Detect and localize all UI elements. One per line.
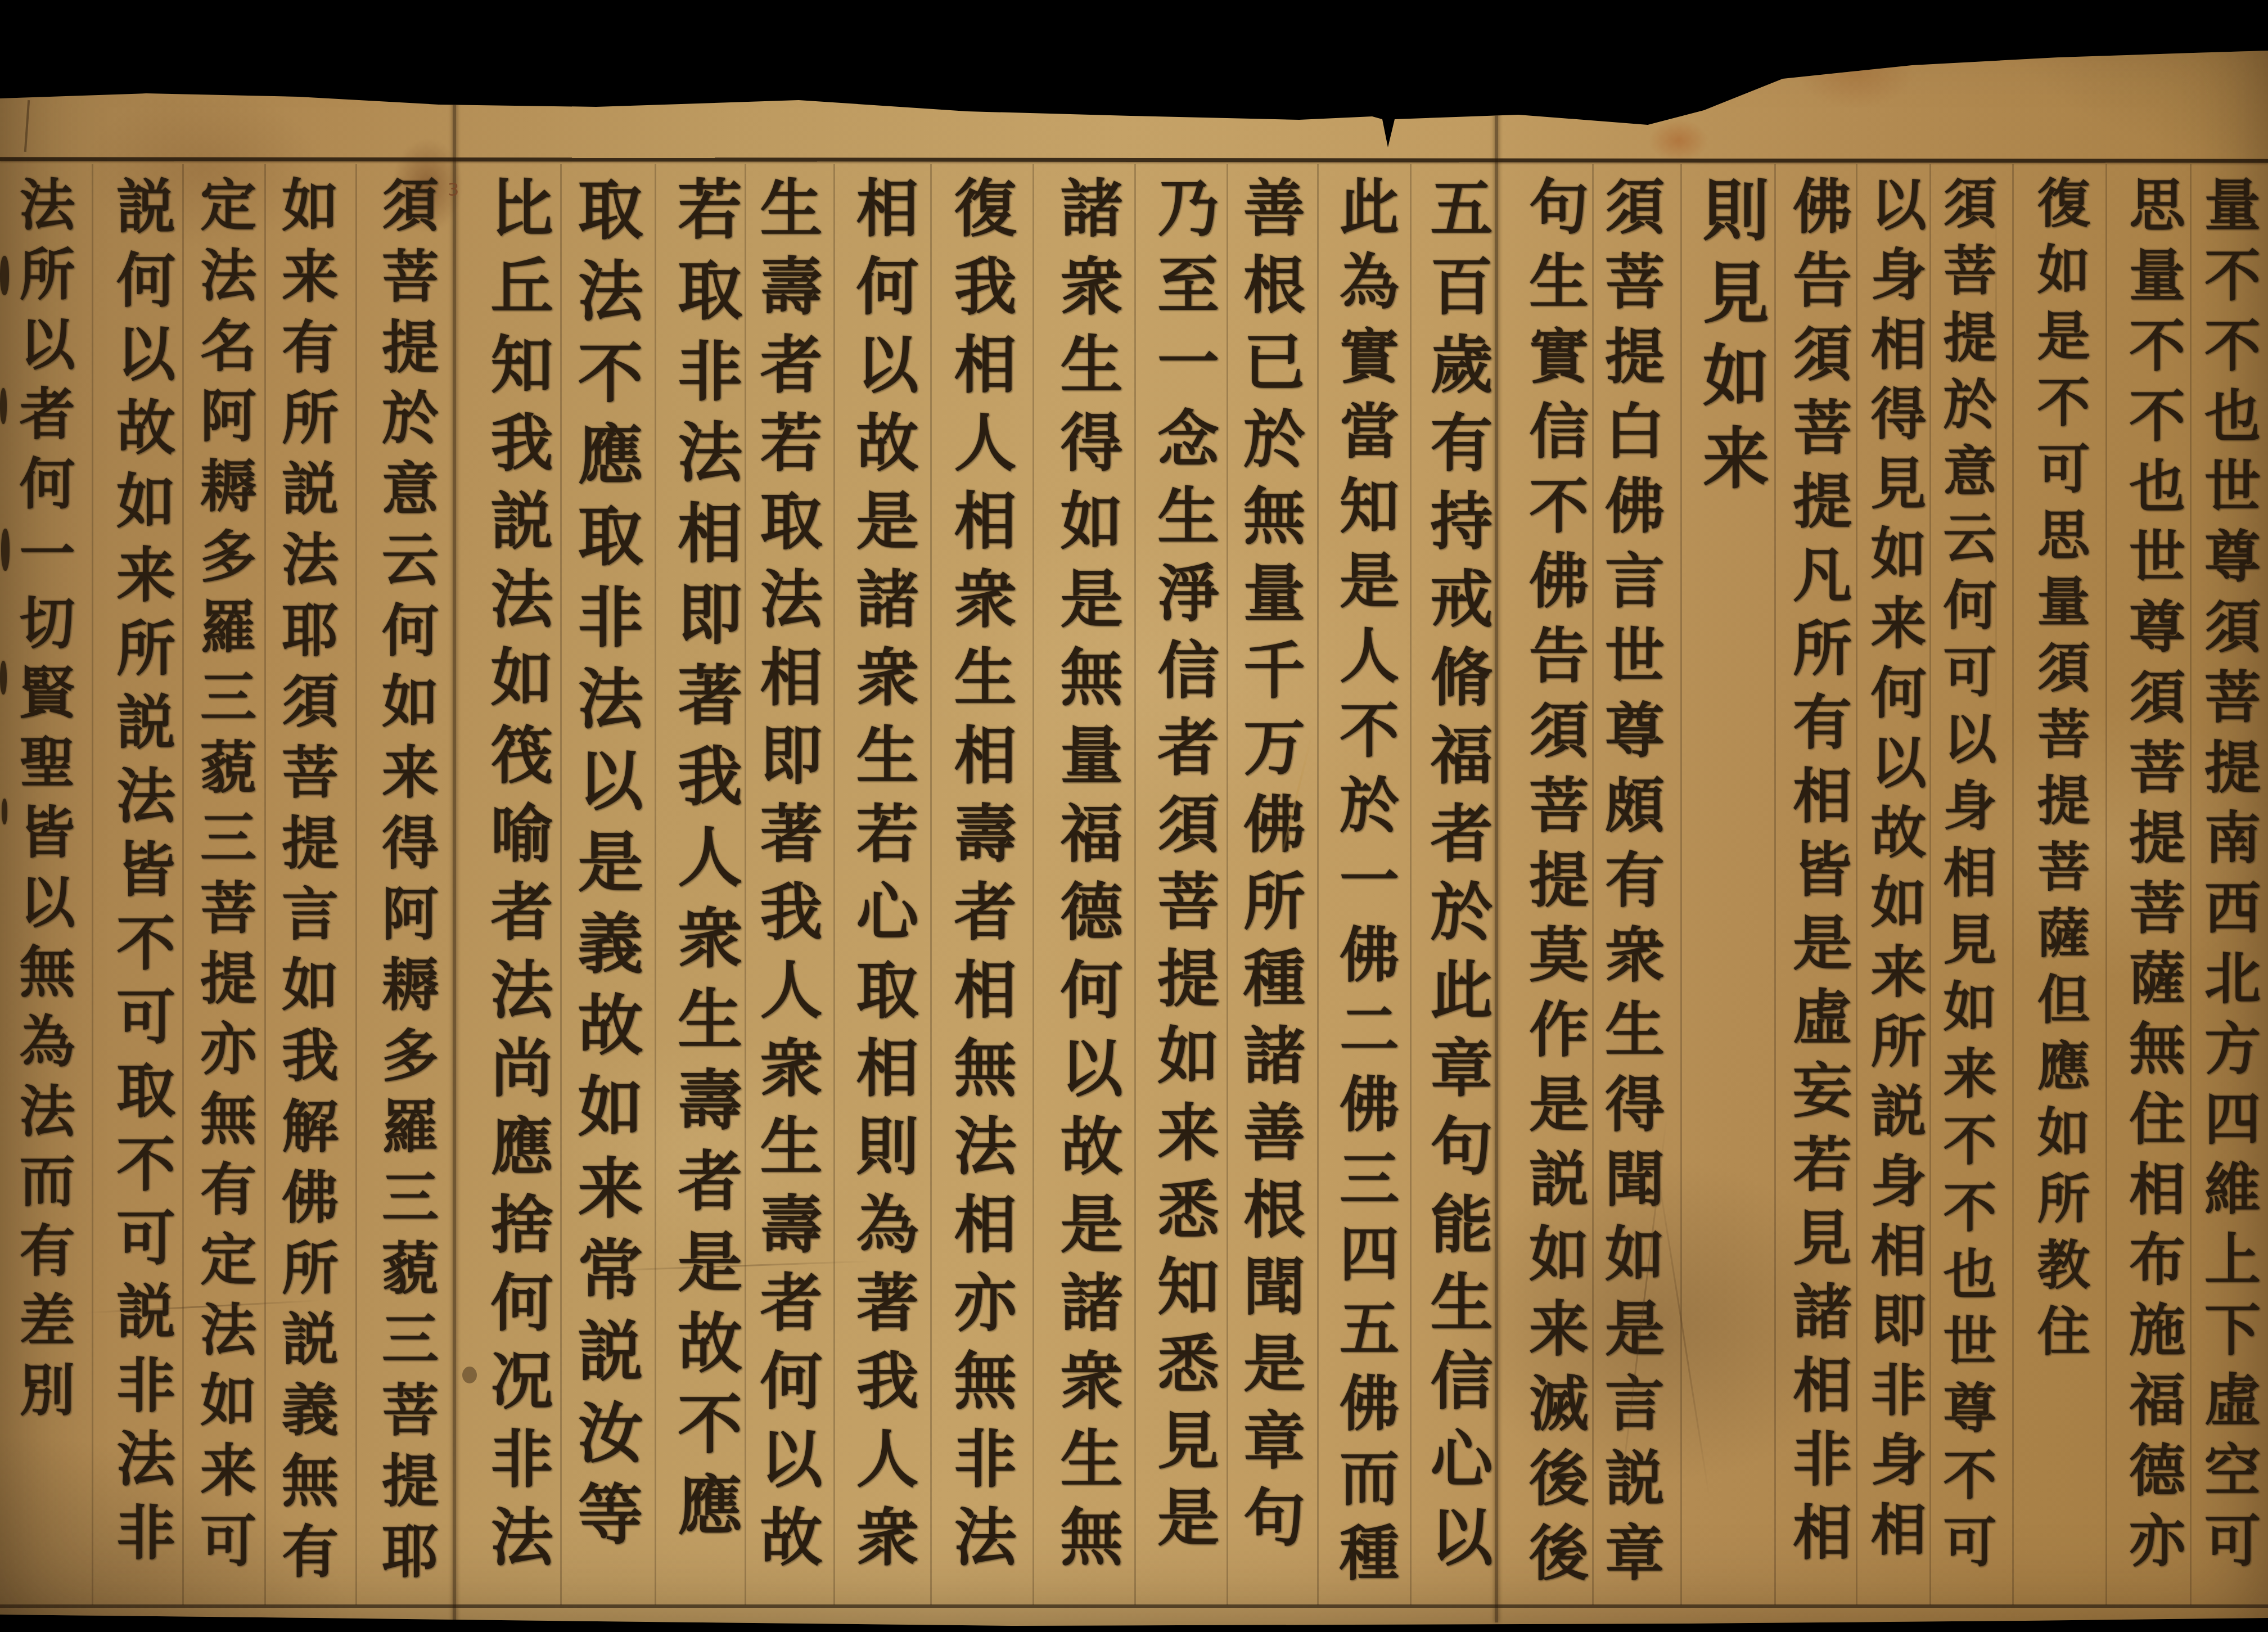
- sutra-column-19: 取法不應取非法以是義故如来常説汝等: [572, 175, 637, 1586]
- column-guide-line: [1410, 164, 1412, 1605]
- column-guide-line: [92, 164, 93, 1605]
- sutra-column-17: 生壽者若取法相即著我人衆生壽者何以故: [753, 175, 817, 1603]
- sutra-column-4: 須菩提於意云何可以身相見如来不不也世尊不可: [1933, 175, 1998, 1606]
- sutra-column-18: 若取非法相即著我人衆生壽者是故不應: [672, 175, 736, 1575]
- paper-seam: [1495, 79, 1498, 1622]
- sutra-column-9: 句生實信不佛告須菩提莫作是説如来滅後後: [1522, 175, 1586, 1620]
- torn-column-fragment: [0, 388, 7, 424]
- column-guide-line: [355, 164, 357, 1605]
- sutra-column-21: 須菩提於意云何如来得阿耨多羅三藐三菩提耶: [373, 175, 438, 1620]
- column-guide-line: [560, 164, 562, 1605]
- column-guide-line: [1856, 164, 1857, 1605]
- sutra-column-11: 此為實當知是人不於一佛二佛三四五佛而種: [1332, 175, 1396, 1614]
- column-guide-line: [2012, 164, 2014, 1605]
- sutra-column-1: 量不不也世尊須菩提南西北方四維上下虛空可: [2195, 175, 2260, 1597]
- sutra-column-15: 復我相人相衆生相壽者相無法相亦無非法: [947, 175, 1011, 1603]
- sutra-column-12: 善根已於無量千万佛所種諸善根聞是章句: [1237, 175, 1301, 1586]
- top-border-rule: [0, 157, 2268, 163]
- column-guide-line: [930, 164, 932, 1605]
- column-guide-line: [1774, 164, 1776, 1605]
- column-guide-line: [655, 164, 656, 1605]
- paper-crack: [24, 100, 30, 152]
- sutra-column-13: 乃至一念生淨信者須菩提如来悉知悉見是: [1151, 175, 1215, 1586]
- column-guide-line: [1134, 164, 1136, 1605]
- sutra-column-6: 佛告須菩提凡所有相皆是虛妄若見諸相非相: [1785, 175, 1850, 1597]
- column-guide-line: [1032, 164, 1034, 1605]
- sutra-column-16: 相何以故是諸衆生若心取相則為著我人衆: [849, 175, 913, 1597]
- catalog-number-mark: 3: [448, 179, 459, 200]
- torn-column-fragment: [0, 661, 7, 695]
- column-guide-line: [2190, 164, 2192, 1605]
- column-guide-line: [1680, 164, 1682, 1605]
- column-guide-line: [1317, 164, 1319, 1605]
- column-guide-line: [1929, 164, 1931, 1605]
- sutra-column-24: 説何以故如来所説法皆不可取不可説非法非: [109, 175, 173, 1603]
- torn-column-fragment: [2, 799, 7, 824]
- column-guide-line: [264, 164, 266, 1605]
- sutra-column-23: 定法名阿耨多羅三藐三菩提亦無有定法如来可: [191, 175, 255, 1608]
- manuscript-photograph: 量不不也世尊須菩提南西北方四維上下虛空可思量不不也世尊須菩提菩薩無住相布施福德亦…: [0, 0, 2268, 1632]
- column-guide-line: [833, 164, 835, 1605]
- torn-column-fragment: [0, 256, 9, 295]
- sutra-column-22: 如来有所説法耶須菩提言如我解佛所説義無有: [273, 175, 337, 1614]
- column-guide-line: [1227, 164, 1228, 1605]
- sutra-column-3: 復如是不可思量須菩提菩薩但應如所教住: [2026, 175, 2090, 1389]
- sutra-column-25: 法所以者何一切賢聖皆以無為法而有差別: [10, 175, 74, 1457]
- scroll-paper: 量不不也世尊須菩提南西北方四維上下虛空可思量不不也世尊須菩提菩薩無住相布施福德亦…: [0, 0, 2268, 1632]
- column-guide-line: [182, 164, 184, 1605]
- paper-seam: [453, 79, 456, 1622]
- sutra-column-10: 五百歲有持戒脩福者於此章句能生信心以: [1423, 175, 1487, 1597]
- sutra-column-8: 須菩提白佛言世尊頗有衆生得聞如是言説章: [1598, 175, 1662, 1614]
- column-guide-line: [1592, 164, 1594, 1605]
- sutra-column-20: 比丘知我説法如筏喻者法尚應捨何况非法: [484, 175, 548, 1597]
- ink-smudge: [462, 1367, 477, 1383]
- sutra-column-14: 諸衆生得如是無量福德何以故是諸衆生無: [1053, 175, 1117, 1597]
- sutra-column-7: 則見如来: [1698, 175, 1762, 529]
- sutra-column-2: 思量不不也世尊須菩提菩薩無住相布施福德亦: [2120, 175, 2184, 1606]
- column-guide-line: [745, 164, 746, 1605]
- torn-column-fragment: [1, 529, 10, 571]
- column-guide-line: [2105, 164, 2107, 1605]
- sutra-column-5: 以身相得見如来何以故如来所説身相即非身相: [1861, 175, 1926, 1592]
